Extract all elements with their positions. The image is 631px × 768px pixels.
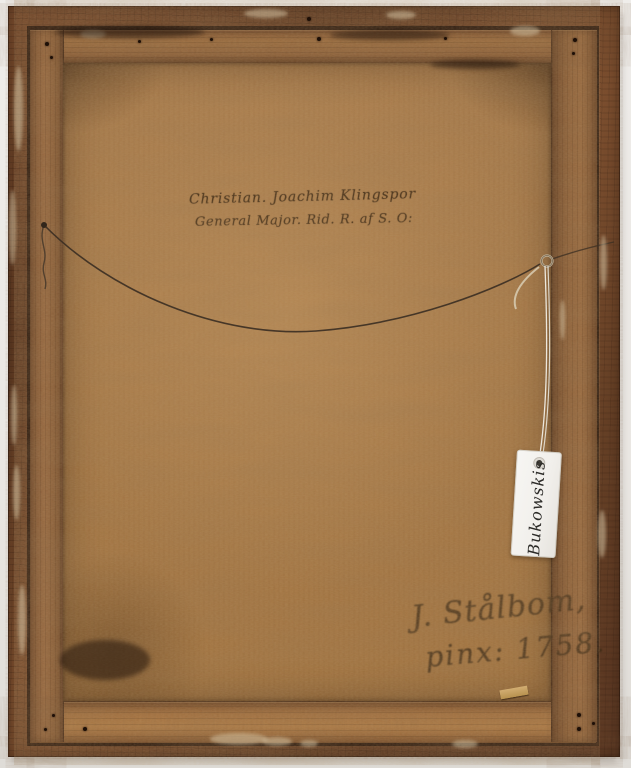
nail-hole: [573, 38, 577, 42]
stretcher-bar-left: [30, 30, 64, 742]
nail-hole: [577, 727, 581, 731]
nail-hole: [592, 722, 595, 725]
nail-hole: [50, 56, 53, 59]
nail-hole: [317, 37, 321, 41]
scuff-mark: [300, 740, 318, 747]
scuff-mark: [386, 11, 416, 19]
scuff-mark: [210, 733, 268, 745]
stretcher-bar-bottom: [30, 701, 596, 743]
scuff-mark: [600, 235, 607, 290]
auction-tag: Bukowskis: [511, 450, 562, 559]
nail-hole: [210, 38, 213, 41]
nail-hole: [307, 17, 311, 21]
scuff-mark: [9, 190, 16, 265]
nail-hole: [83, 727, 87, 731]
frame-shadow-bottom: [12, 756, 616, 765]
stain-smudge: [430, 60, 520, 69]
frame-shadow-right: [619, 14, 627, 760]
stain-smudge: [55, 26, 205, 38]
nail-hole: [577, 713, 581, 717]
nail-hole: [138, 40, 141, 43]
scuff-mark: [262, 737, 292, 746]
nail-hole: [444, 37, 447, 40]
tag-label: Bukowskis: [524, 460, 549, 556]
inscription-sitter-name: Christian. Joachim Klingspor: [189, 186, 416, 208]
stain-smudge: [330, 30, 450, 40]
stain-smudge: [60, 640, 150, 680]
scuff-mark: [18, 585, 26, 655]
scuff-mark: [598, 510, 606, 558]
nail-hole: [44, 728, 47, 731]
scuff-mark: [560, 300, 565, 340]
nail-hole: [45, 42, 49, 46]
canvas-back: Christian. Joachim Klingspor General Maj…: [63, 63, 551, 701]
photograph-of-painting-back: Christian. Joachim Klingspor General Maj…: [0, 0, 631, 768]
scuff-mark: [452, 740, 478, 748]
scuff-mark: [14, 66, 23, 151]
scuff-mark: [510, 26, 540, 36]
inscription-sitter-title: General Major. Rid. R. af S. O:: [195, 211, 413, 230]
nail-hole: [52, 714, 55, 717]
scuff-mark: [11, 385, 17, 445]
scuff-mark: [244, 9, 288, 18]
scuff-mark: [13, 465, 20, 520]
nail-hole: [572, 52, 575, 55]
